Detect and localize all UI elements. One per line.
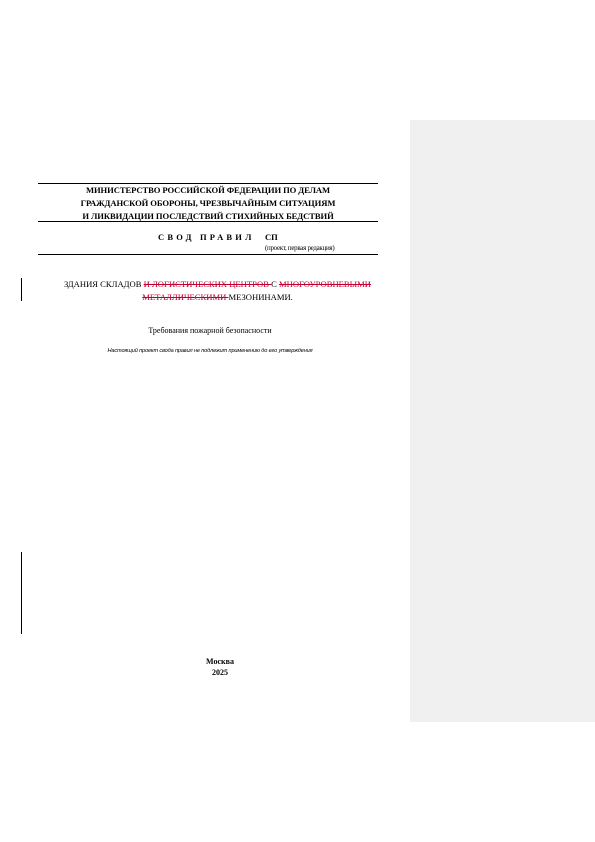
- year: 2025: [180, 667, 260, 678]
- bottom-rule: [38, 254, 378, 255]
- title-text: ЗДАНИЯ СКЛАДОВ: [64, 279, 144, 289]
- title-text: С: [271, 279, 279, 289]
- draft-notice: Настоящий проект свода правил не подлежи…: [60, 348, 360, 354]
- subtitle: Требования пожарной безопасности: [60, 326, 360, 335]
- city: Москва: [180, 656, 260, 667]
- title-text: МЕЗОНИНАМИ.: [228, 292, 292, 302]
- deleted-text: И ЛОГИСТИЧЕСКИХ ЦЕНТРОВ: [144, 279, 272, 289]
- comment-pane: [410, 120, 595, 722]
- code-of-rules-label: СВОД ПРАВИЛ: [158, 232, 255, 242]
- ministry-line: ГРАЖДАНСКОЙ ОБОРОНЫ, ЧРЕЗВЫЧАЙНЫМ СИТУАЦ…: [38, 197, 378, 210]
- document-title: ЗДАНИЯ СКЛАДОВ И ЛОГИСТИЧЕСКИХ ЦЕНТРОВ С…: [30, 278, 405, 304]
- code-prefix: СП: [265, 232, 278, 242]
- ministry-line: МИНИСТЕРСТВО РОССИЙСКОЙ ФЕДЕРАЦИИ ПО ДЕЛ…: [38, 184, 378, 197]
- edition-note: (проект, первая редакция): [265, 244, 334, 252]
- middle-rule: [38, 221, 378, 222]
- city-year: Москва 2025: [180, 656, 260, 678]
- change-bar: [21, 278, 22, 301]
- change-bar: [21, 552, 22, 634]
- ministry-header: МИНИСТЕРСТВО РОССИЙСКОЙ ФЕДЕРАЦИИ ПО ДЕЛ…: [38, 184, 378, 223]
